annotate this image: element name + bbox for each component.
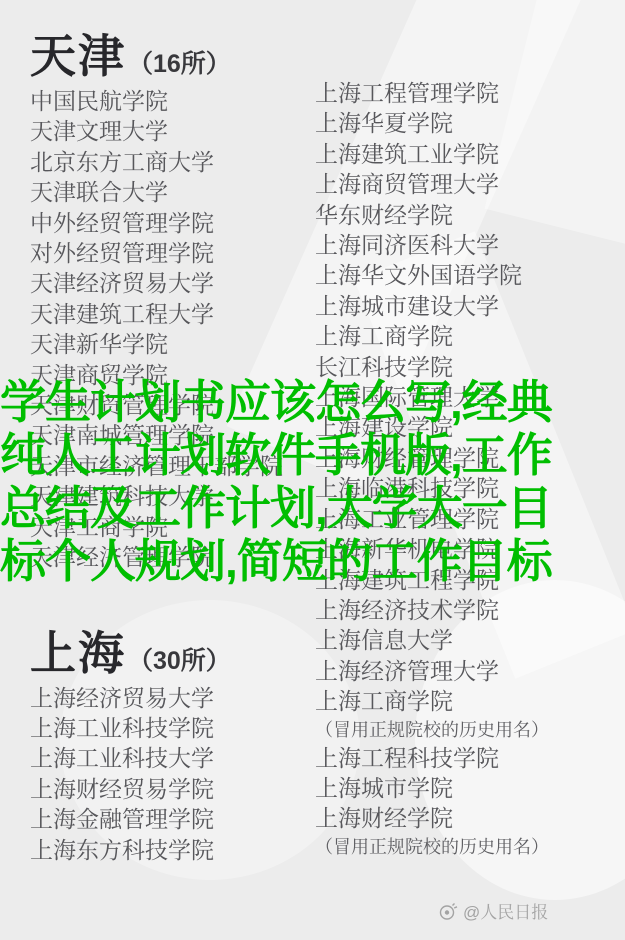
university-list-item: 上海工业科技学院 bbox=[30, 713, 315, 743]
university-list-item: 天津新华学院 bbox=[30, 329, 315, 359]
university-note: （冒用正规院校的历史用名） bbox=[315, 717, 620, 743]
university-list-item: 上海财经贸易学院 bbox=[30, 774, 315, 804]
university-list-item: 对外经贸管理学院 bbox=[30, 238, 315, 268]
university-list-item: 上海财经学院 bbox=[315, 803, 620, 833]
shanghai-university-list-left: 上海经济贸易大学 上海工业科技学院 上海工业科技大学 上海财经贸易学院 上海金融… bbox=[30, 683, 315, 865]
university-list-item: 上海信息大学 bbox=[315, 625, 620, 655]
section-title-tianjin: 天津 bbox=[30, 20, 126, 86]
green-watermark-line: 标个人规划,简短的工作目标 bbox=[0, 535, 625, 588]
university-list-item: 华东财经学院 bbox=[315, 200, 620, 230]
university-list-item: 上海商贸管理大学 bbox=[315, 169, 620, 199]
university-list-item: 天津联合大学 bbox=[30, 177, 315, 207]
shanghai-section-header: 上海 （30所） bbox=[30, 617, 315, 673]
university-list-item: 天津建筑工程大学 bbox=[30, 299, 315, 329]
university-list-item: 上海工商学院 bbox=[315, 321, 620, 351]
university-list-item: 上海东方科技学院 bbox=[30, 835, 315, 865]
university-list-item: 中外经贸管理学院 bbox=[30, 208, 315, 238]
university-list-item: 上海经济技术学院 bbox=[315, 595, 620, 625]
section-count-shanghai: （30所） bbox=[128, 641, 231, 677]
weibo-eye-icon bbox=[438, 901, 458, 921]
green-watermark-line: 纯人工计划软件手机版,工作 bbox=[0, 429, 625, 482]
university-list-item: 上海工商学院 bbox=[315, 686, 620, 716]
university-list-item: 天津文理大学 bbox=[30, 116, 315, 146]
university-list-item: 上海同济医科大学 bbox=[315, 230, 620, 260]
university-list-item: 上海华夏学院 bbox=[315, 108, 620, 138]
university-list-item: 上海工业科技大学 bbox=[30, 743, 315, 773]
university-list-item: 上海华文外国语学院 bbox=[315, 260, 620, 290]
university-list-item: 上海城市学院 bbox=[315, 773, 620, 803]
green-watermark-text: 学生计划书应该怎么写,经典 纯人工计划软件手机版,工作 总结及工作计划,大学大一… bbox=[0, 376, 625, 588]
university-note: （冒用正规院校的历史用名） bbox=[315, 834, 620, 860]
green-watermark-line: 学生计划书应该怎么写,经典 bbox=[0, 376, 625, 429]
credit-text: @人民日报 bbox=[463, 898, 548, 923]
green-watermark-line: 总结及工作计划,大学大一目 bbox=[0, 482, 625, 535]
section-title-shanghai: 上海 bbox=[30, 617, 126, 683]
page: 天津 （16所） 中国民航学院 天津文理大学 北京东方工商大学 天津联合大学 中… bbox=[0, 0, 625, 940]
university-list-item: 上海城市建设大学 bbox=[315, 291, 620, 321]
university-list-item: 上海经济贸易大学 bbox=[30, 683, 315, 713]
university-list-item: 中国民航学院 bbox=[30, 86, 315, 116]
university-list-item: 上海经济管理大学 bbox=[315, 656, 620, 686]
university-list-item: 上海工程管理学院 bbox=[315, 78, 620, 108]
tianjin-section-header: 天津 （16所） bbox=[30, 20, 315, 76]
university-list-item: 天津经济贸易大学 bbox=[30, 268, 315, 298]
university-list-item: 上海建筑工业学院 bbox=[315, 139, 620, 169]
university-list-item: 上海工程科技学院 bbox=[315, 743, 620, 773]
credit-watermark: @人民日报 bbox=[438, 898, 548, 923]
university-list-item: 北京东方工商大学 bbox=[30, 147, 315, 177]
section-count-tianjin: （16所） bbox=[128, 44, 231, 80]
university-list-item: 上海金融管理学院 bbox=[30, 804, 315, 834]
